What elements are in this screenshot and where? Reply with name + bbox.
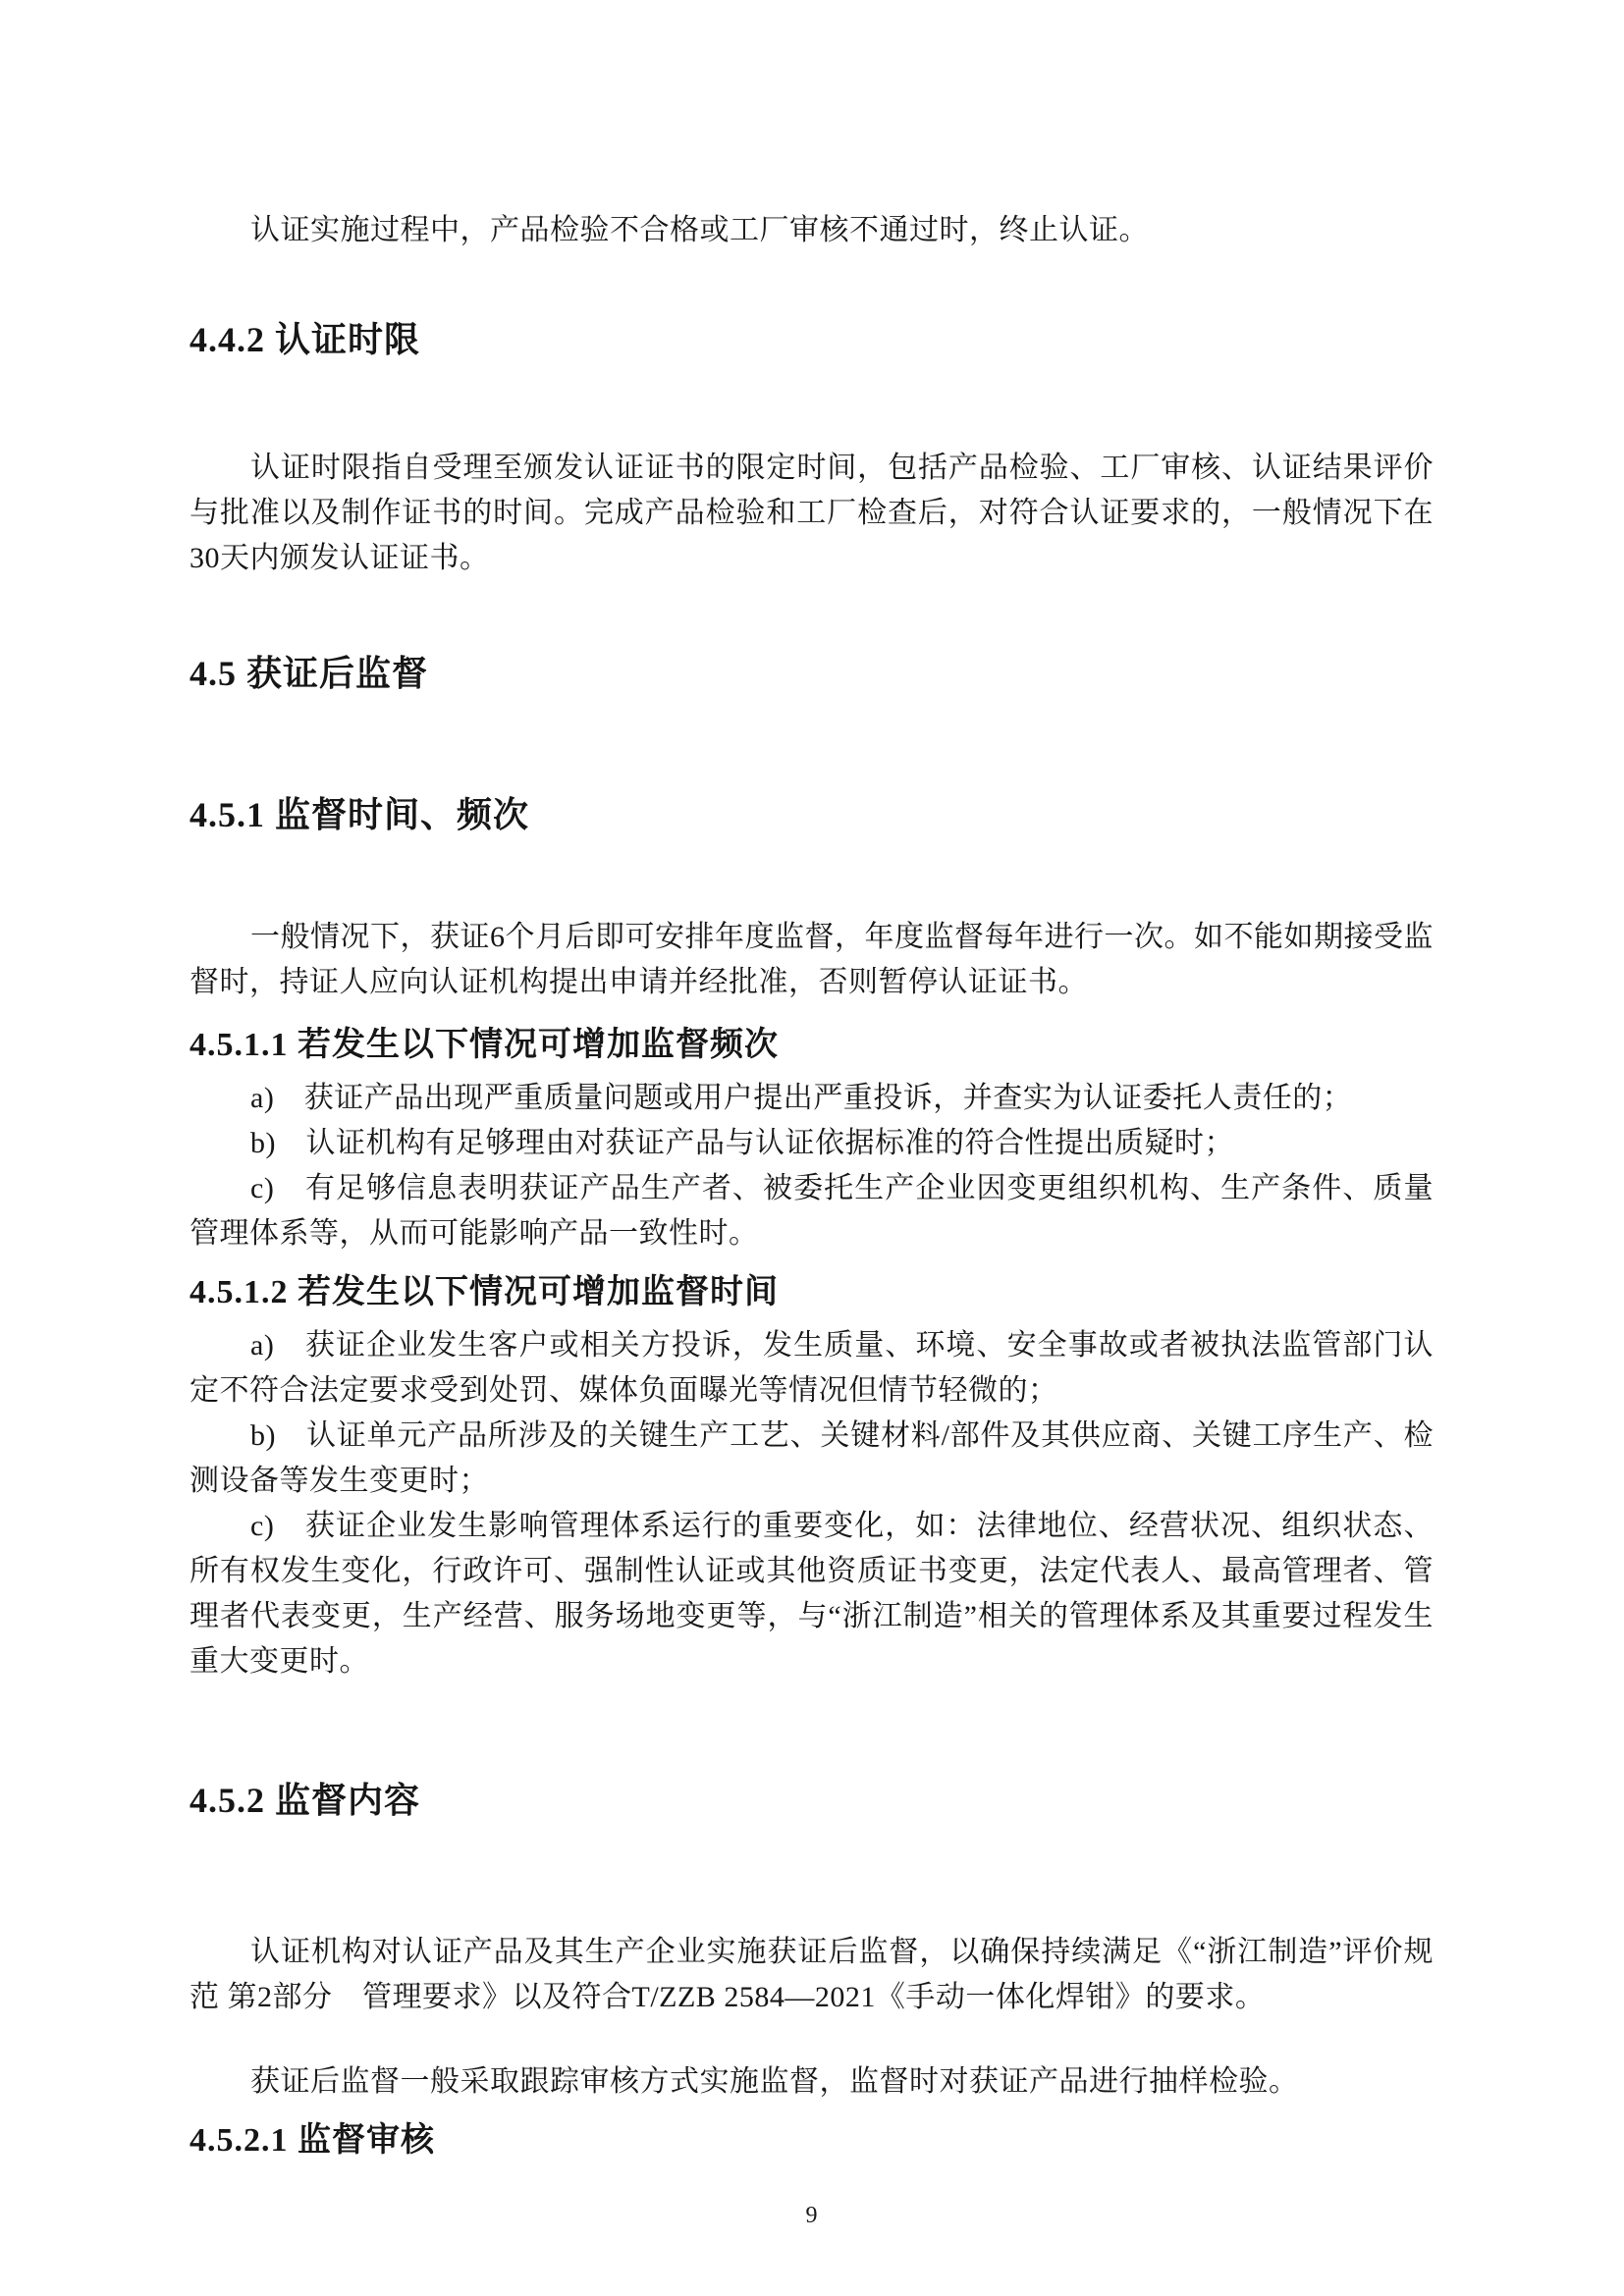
heading-4-5-1-2: 4.5.1.2 若发生以下情况可增加监督时间 xyxy=(189,1272,1434,1313)
paragraph-4-5-1: 一般情况下，获证6个月后即可安排年度监督，年度监督每年进行一次。如不能如期接受监… xyxy=(189,915,1434,1005)
paragraph-4-5-2-a: 认证机构对认证产品及其生产企业实施获证后监督，以确保持续满足《“浙江制造”评价规… xyxy=(189,1930,1434,2020)
heading-4-5-2: 4.5.2 监督内容 xyxy=(189,1779,1434,1822)
list-item-4511-b: b) 认证机构有足够理由对获证产品与认证依据标准的符合性提出质疑时； xyxy=(189,1121,1434,1166)
page-number: 9 xyxy=(189,2201,1434,2230)
list-item-4511-c: c) 有足够信息表明获证产品生产者、被委托生产企业因变更组织机构、生产条件、质量… xyxy=(189,1166,1434,1256)
paragraph-4-4-2: 认证时限指自受理至颁发认证证书的限定时间，包括产品检验、工厂审核、认证结果评价与… xyxy=(189,446,1434,581)
heading-4-5: 4.5 获证后监督 xyxy=(189,652,1434,695)
paragraph-4-5-2-b: 获证后监督一般采取跟踪审核方式实施监督，监督时对获证产品进行抽样检验。 xyxy=(189,2059,1434,2105)
list-item-4512-c: c) 获证企业发生影响管理体系运行的重要变化，如：法律地位、经营状况、组织状态、… xyxy=(189,1504,1434,1684)
paragraph-intro: 认证实施过程中，产品检验不合格或工厂审核不通过时，终止认证。 xyxy=(189,208,1434,253)
heading-4-4-2: 4.4.2 认证时限 xyxy=(189,318,1434,361)
list-item-4511-a: a) 获证产品出现严重质量问题或用户提出严重投诉，并查实为认证委托人责任的； xyxy=(189,1076,1434,1121)
document-page: 认证实施过程中，产品检验不合格或工厂审核不通过时，终止认证。 4.4.2 认证时… xyxy=(0,0,1624,2296)
list-item-4512-a: a) 获证企业发生客户或相关方投诉，发生质量、环境、安全事故或者被执法监管部门认… xyxy=(189,1323,1434,1414)
heading-4-5-1: 4.5.1 监督时间、频次 xyxy=(189,793,1434,836)
heading-4-5-2-1: 4.5.2.1 监督审核 xyxy=(189,2120,1434,2162)
document-content: 认证实施过程中，产品检验不合格或工厂审核不通过时，终止认证。 4.4.2 认证时… xyxy=(189,208,1434,2230)
list-item-4512-b: b) 认证单元产品所涉及的关键生产工艺、关键材料/部件及其供应商、关键工序生产、… xyxy=(189,1414,1434,1504)
heading-4-5-1-1: 4.5.1.1 若发生以下情况可增加监督频次 xyxy=(189,1025,1434,1066)
